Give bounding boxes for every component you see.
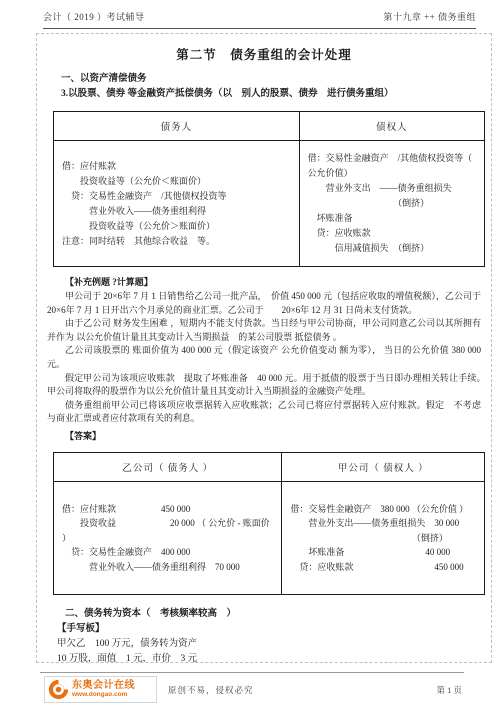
column-header-company-b: 乙公司（ 债务人 ）	[54, 452, 282, 481]
answer-label: 【答案】	[65, 429, 481, 443]
debtor-entries-cell: 借：应付账款 投资收益等（公允价＜账面价） 贷：交易性金融资产 /其他债权投资等…	[54, 141, 300, 267]
text-line: 10 万股，面值 1 元，市价 3 元	[57, 652, 481, 663]
page-footer: 东奥会计在线 www.dongao.com 原创不易，侵权必究 第 1 页	[44, 676, 468, 704]
dongao-logo: 东奥会计在线 www.dongao.com	[44, 676, 157, 703]
text-line: 投资收益等（公允价＜账面价）	[62, 174, 293, 189]
handwriting-lines: 甲欠乙 100 万元，债务转为资产10 万股，面值 1 元，市价 3 元甲公司（…	[57, 637, 481, 663]
text-line: 投资收益 20 000 （ 公允价 - 账面价 ）	[62, 516, 275, 545]
column-header-company-a: 甲公司（ 债权人 ）	[282, 452, 485, 481]
logo-text: 东奥会计在线 www.dongao.com	[72, 680, 135, 699]
text-line: 营业外支出——债务重组损失 30 000	[290, 516, 478, 531]
creditor-entries-cell: 借：交易性金融资产 /其他债权投资等（ 公允价值） 营业外支出 ——债务重组损失…	[299, 141, 484, 267]
header-divider	[43, 28, 476, 29]
dongao-logo-icon	[48, 679, 69, 700]
section1-subheading: 3.以股票、债券 等金融资产抵偿债务（以 别人的股票、债券 进行债务重组）	[61, 87, 481, 102]
text-line: 坏账准备	[308, 211, 478, 226]
text-line: 贷：交易性金融资产 /其他债权投资等	[62, 189, 293, 204]
logo-url: www.dongao.com	[72, 691, 135, 699]
content-box: 第二节 债务重组的会计处理 一、以资产清偿债务 3.以股票、债券 等金融资产抵偿…	[36, 33, 492, 663]
text-line: 借：应付账款 450 000	[62, 502, 275, 517]
footer-slogan: 原创不易，侵权必究	[168, 684, 254, 696]
text-line: 借：交易性金融资产 380 000 （公允价值 ）	[290, 502, 478, 517]
text-line: 贷：应收账款	[308, 226, 478, 241]
journal-entry-table-general: 债务人 债权人 借：应付账款 投资收益等（公允价＜账面价） 贷：交易性金融资产 …	[53, 111, 485, 267]
text-line: 由于乙公司 财务发生困难 ，短期内不能支付货款。当日经与甲公司协商，甲公司同意乙…	[47, 317, 481, 344]
column-header-creditor: 债权人	[299, 112, 484, 141]
section2-heading: 二、债务转为资本（ 考核频率较高 ）	[65, 607, 481, 622]
header-course-title: 会计（ 2019 ）考试辅导	[43, 10, 145, 23]
journal-entry-table-answer: 乙公司（ 债务人 ） 甲公司（ 债权人 ） 借：应付账款 450 000 投资收…	[53, 452, 485, 595]
text-line: 坏账准备 40 000	[290, 545, 478, 560]
text-line: 借：应付账款	[62, 159, 293, 174]
text-line: 营业外收入——债务重组利得	[62, 204, 293, 219]
page-header: 会计（ 2019 ）考试辅导 第十九章 ++ 债务重组	[43, 10, 476, 23]
text-line: 营业外收入——债务重组利得 70 000	[62, 560, 275, 575]
section2: 二、债务转为资本（ 考核频率较高 ） 【手写板】 甲欠乙 100 万元，债务转为…	[57, 607, 481, 663]
table-row: 借：应付账款 450 000 投资收益 20 000 （ 公允价 - 账面价 ）…	[54, 481, 485, 594]
company-a-entries-cell: 借：交易性金融资产 380 000 （公允价值 ） 营业外支出——债务重组损失 …	[282, 481, 485, 594]
document-page: 会计（ 2019 ）考试辅导 第十九章 ++ 债务重组 第二节 债务重组的会计处…	[0, 0, 500, 708]
text-line: 贷：交易性金融资产 400 000	[62, 545, 275, 560]
company-b-entries-cell: 借：应付账款 450 000 投资收益 20 000 （ 公允价 - 账面价 ）…	[54, 481, 282, 594]
text-line: 投资收益等（公允价＞账面价）	[62, 219, 293, 234]
table-row: 借：应付账款 投资收益等（公允价＜账面价） 贷：交易性金融资产 /其他债权投资等…	[54, 141, 485, 267]
example-label: 【补充例题 ?计算题】	[65, 275, 481, 289]
column-header-debtor: 债务人	[54, 112, 300, 141]
handwriting-board-label: 【手写板】	[57, 622, 481, 637]
header-chapter-title: 第十九章 ++ 债务重组	[383, 10, 476, 23]
text-line: （倒挤）	[308, 196, 478, 211]
text-line: 注意：同时结转 其他综合收益 等。	[62, 234, 293, 249]
text-line: 营业外支出 ——债务重组损失	[308, 181, 478, 196]
text-line: 贷：应收账款 450 000	[290, 560, 478, 575]
table-header-row: 债务人 债权人	[54, 112, 485, 141]
text-line: 借：交易性金融资产 /其他债权投资等（ 公允价值）	[308, 151, 478, 181]
text-line: 信用减值损失 （倒挤）	[308, 241, 478, 256]
text-line: （倒挤）	[290, 531, 478, 546]
section1-heading: 一、以资产清偿债务	[61, 72, 481, 87]
text-line: 甲欠乙 100 万元，债务转为资产	[57, 637, 481, 652]
table-header-row: 乙公司（ 债务人 ） 甲公司（ 债权人 ）	[54, 452, 485, 481]
page-title: 第二节 债务重组的会计处理	[47, 45, 481, 63]
example-paragraphs: 甲公司于 20×6年 7 月 1 日销售给乙公司一批产品， 价值 450 000…	[47, 290, 481, 426]
text-line: 假定甲公司为该项应收账款 提取了坏账准备 40 000 元。用于抵债的股票于当日…	[47, 372, 481, 399]
text-line: 债务重组前甲公司已将该项应收票据转入应收账款；乙公司已将应付票据转入应付账款。假…	[47, 399, 481, 426]
text-line: 甲公司于 20×6年 7 月 1 日销售给乙公司一批产品， 价值 450 000…	[47, 290, 481, 317]
footer-divider	[40, 672, 464, 673]
logo-name: 东奥会计在线	[72, 680, 135, 691]
text-line: 乙公司该股票的 账面价值为 400 000 元（假定该资产 公允价值变动 额为零…	[47, 344, 481, 371]
footer-page-number: 第 1 页	[436, 684, 462, 696]
